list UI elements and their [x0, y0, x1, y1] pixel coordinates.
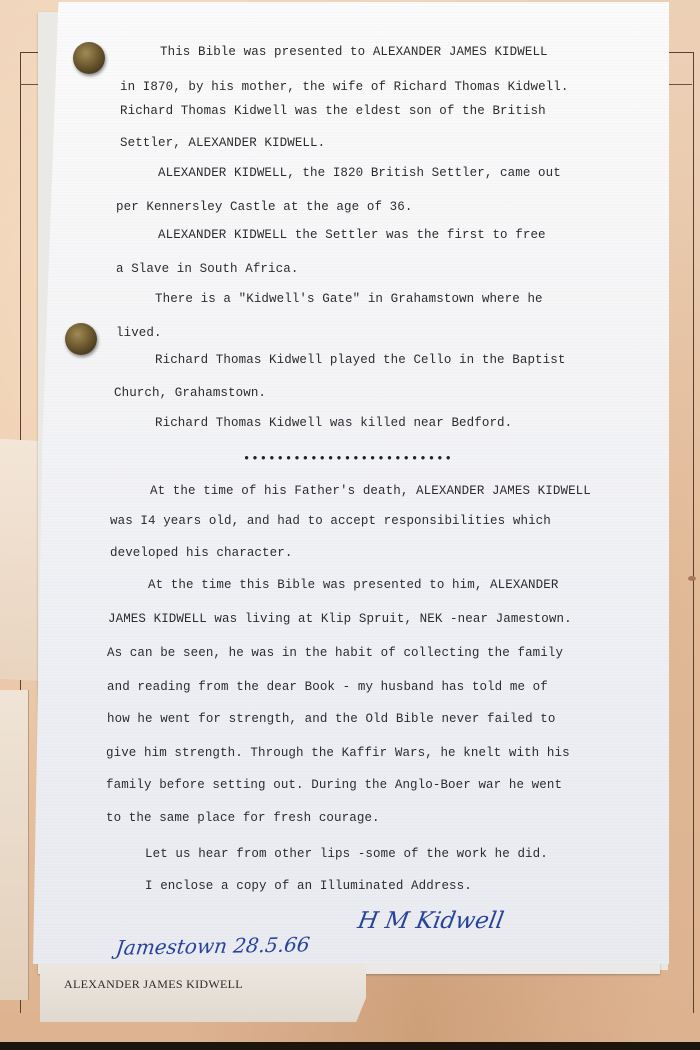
brass-tack-icon	[73, 42, 105, 74]
section-divider: •••••••••••••••••••••••••	[243, 452, 453, 466]
name-label-slip	[40, 962, 366, 1022]
letter-line: in I870, by his mother, the wife of Rich…	[120, 80, 568, 94]
brass-tack-icon	[65, 323, 97, 355]
photo-bottom-edge	[0, 1042, 700, 1050]
letter-line: Richard Thomas Kidwell played the Cello …	[155, 353, 565, 367]
handwritten-place-date: Jamestown 28.5.66	[115, 932, 312, 959]
letter-line: Richard Thomas Kidwell was killed near B…	[155, 416, 512, 430]
letter-line: As can be seen, he was in the habit of c…	[107, 646, 563, 660]
handwritten-signature: H M Kidwell	[356, 908, 506, 934]
letter-line: and reading from the dear Book - my husb…	[107, 680, 548, 694]
letter-line: I enclose a copy of an Illuminated Addre…	[145, 879, 472, 893]
letter-line: This Bible was presented to ALEXANDER JA…	[160, 45, 548, 59]
letter-line: ALEXANDER KIDWELL, the I820 British Sett…	[158, 166, 561, 180]
letter-line: was I4 years old, and had to accept resp…	[110, 514, 551, 528]
letter-line: ALEXANDER KIDWELL the Settler was the fi…	[158, 228, 546, 242]
letter-line: per Kennersley Castle at the age of 36.	[116, 200, 412, 214]
letter-line: lived.	[116, 326, 162, 340]
letter-line: Church, Grahamstown.	[114, 386, 266, 400]
letter-line: Richard Thomas Kidwell was the eldest so…	[120, 104, 546, 118]
loose-paper-scrap	[0, 439, 43, 681]
letter-line: Let us hear from other lips -some of the…	[145, 847, 548, 861]
letter-line: family before setting out. During the An…	[106, 778, 562, 792]
letter-line: At the time this Bible was presented to …	[148, 578, 558, 592]
letter-line: Settler, ALEXANDER KIDWELL.	[120, 136, 325, 150]
letter-line: to the same place for fresh courage.	[106, 811, 380, 825]
letter-line: developed his character.	[110, 546, 292, 560]
letter-line: how he went for strength, and the Old Bi…	[107, 712, 555, 726]
paper-stain	[688, 576, 696, 581]
name-label-text: ALEXANDER JAMES KIDWELL	[64, 977, 243, 992]
letter-line: There is a "Kidwell's Gate" in Grahamsto…	[155, 292, 543, 306]
loose-paper-scrap	[0, 690, 29, 1000]
letter-line: At the time of his Father's death, ALEXA…	[150, 484, 591, 498]
letter-line: JAMES KIDWELL was living at Klip Spruit,…	[108, 612, 572, 626]
letter-line: a Slave in South Africa.	[116, 262, 298, 276]
letter-line: give him strength. Through the Kaffir Wa…	[106, 746, 570, 760]
